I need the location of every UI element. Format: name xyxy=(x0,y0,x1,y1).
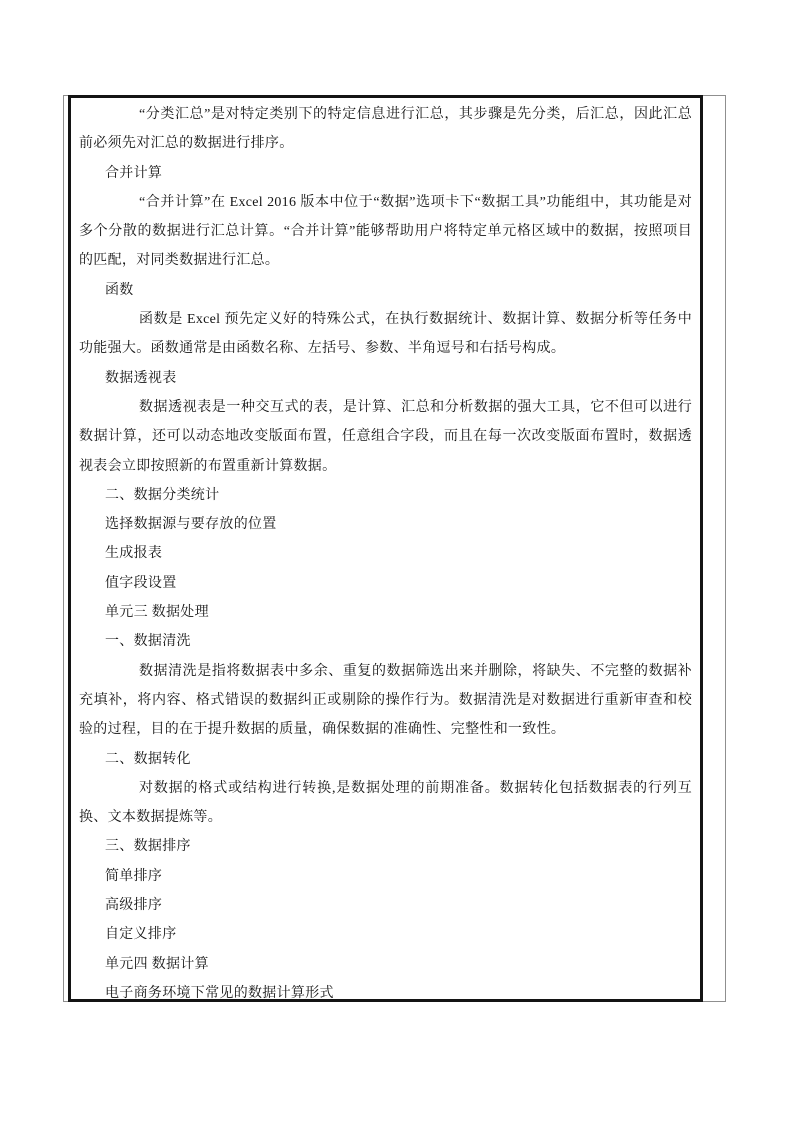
paragraph: 电子商务环境下常见的数据计算形式 xyxy=(79,979,692,1008)
table-main-cell: “分类汇总”是对特定类别下的特定信息进行汇总，其步骤是先分类，后汇总，因此汇总前… xyxy=(68,95,703,1002)
paragraph: 函数是 Excel 预先定义好的特殊公式，在执行数据统计、数据计算、数据分析等任… xyxy=(79,305,692,364)
paragraph: 合并计算 xyxy=(79,159,692,188)
paragraph: 生成报表 xyxy=(79,539,692,568)
paragraph: 数据透视表是一种交互式的表，是计算、汇总和分析数据的强大工具，它不但可以进行数据… xyxy=(79,393,692,481)
paragraph: 高级排序 xyxy=(79,891,692,920)
paragraph: “分类汇总”是对特定类别下的特定信息进行汇总，其步骤是先分类，后汇总，因此汇总前… xyxy=(79,100,692,159)
paragraph: 值字段设置 xyxy=(79,569,692,598)
paragraph: “合并计算”在 Excel 2016 版本中位于“数据”选项卡下“数据工具”功能… xyxy=(79,188,692,276)
paragraph: 二、数据转化 xyxy=(79,745,692,774)
paragraph: 自定义排序 xyxy=(79,920,692,949)
paragraph: 选择数据源与要存放的位置 xyxy=(79,510,692,539)
document-body: “分类汇总”是对特定类别下的特定信息进行汇总，其步骤是先分类，后汇总，因此汇总前… xyxy=(71,98,700,1008)
document-page: { "page": { "background": "#ffffff", "th… xyxy=(0,0,793,1122)
paragraph: 函数 xyxy=(79,276,692,305)
paragraph: 简单排序 xyxy=(79,862,692,891)
paragraph: 单元四 数据计算 xyxy=(79,950,692,979)
paragraph: 二、数据分类统计 xyxy=(79,481,692,510)
paragraph: 三、数据排序 xyxy=(79,832,692,861)
paragraph: 单元三 数据处理 xyxy=(79,598,692,627)
paragraph: 对数据的格式或结构进行转换,是数据处理的前期准备。数据转化包括数据表的行列互换、… xyxy=(79,774,692,833)
paragraph: 数据透视表 xyxy=(79,364,692,393)
paragraph: 一、数据清洗 xyxy=(79,627,692,656)
paragraph: 数据清洗是指将数据表中多余、重复的数据筛选出来并删除，将缺失、不完整的数据补充填… xyxy=(79,657,692,745)
